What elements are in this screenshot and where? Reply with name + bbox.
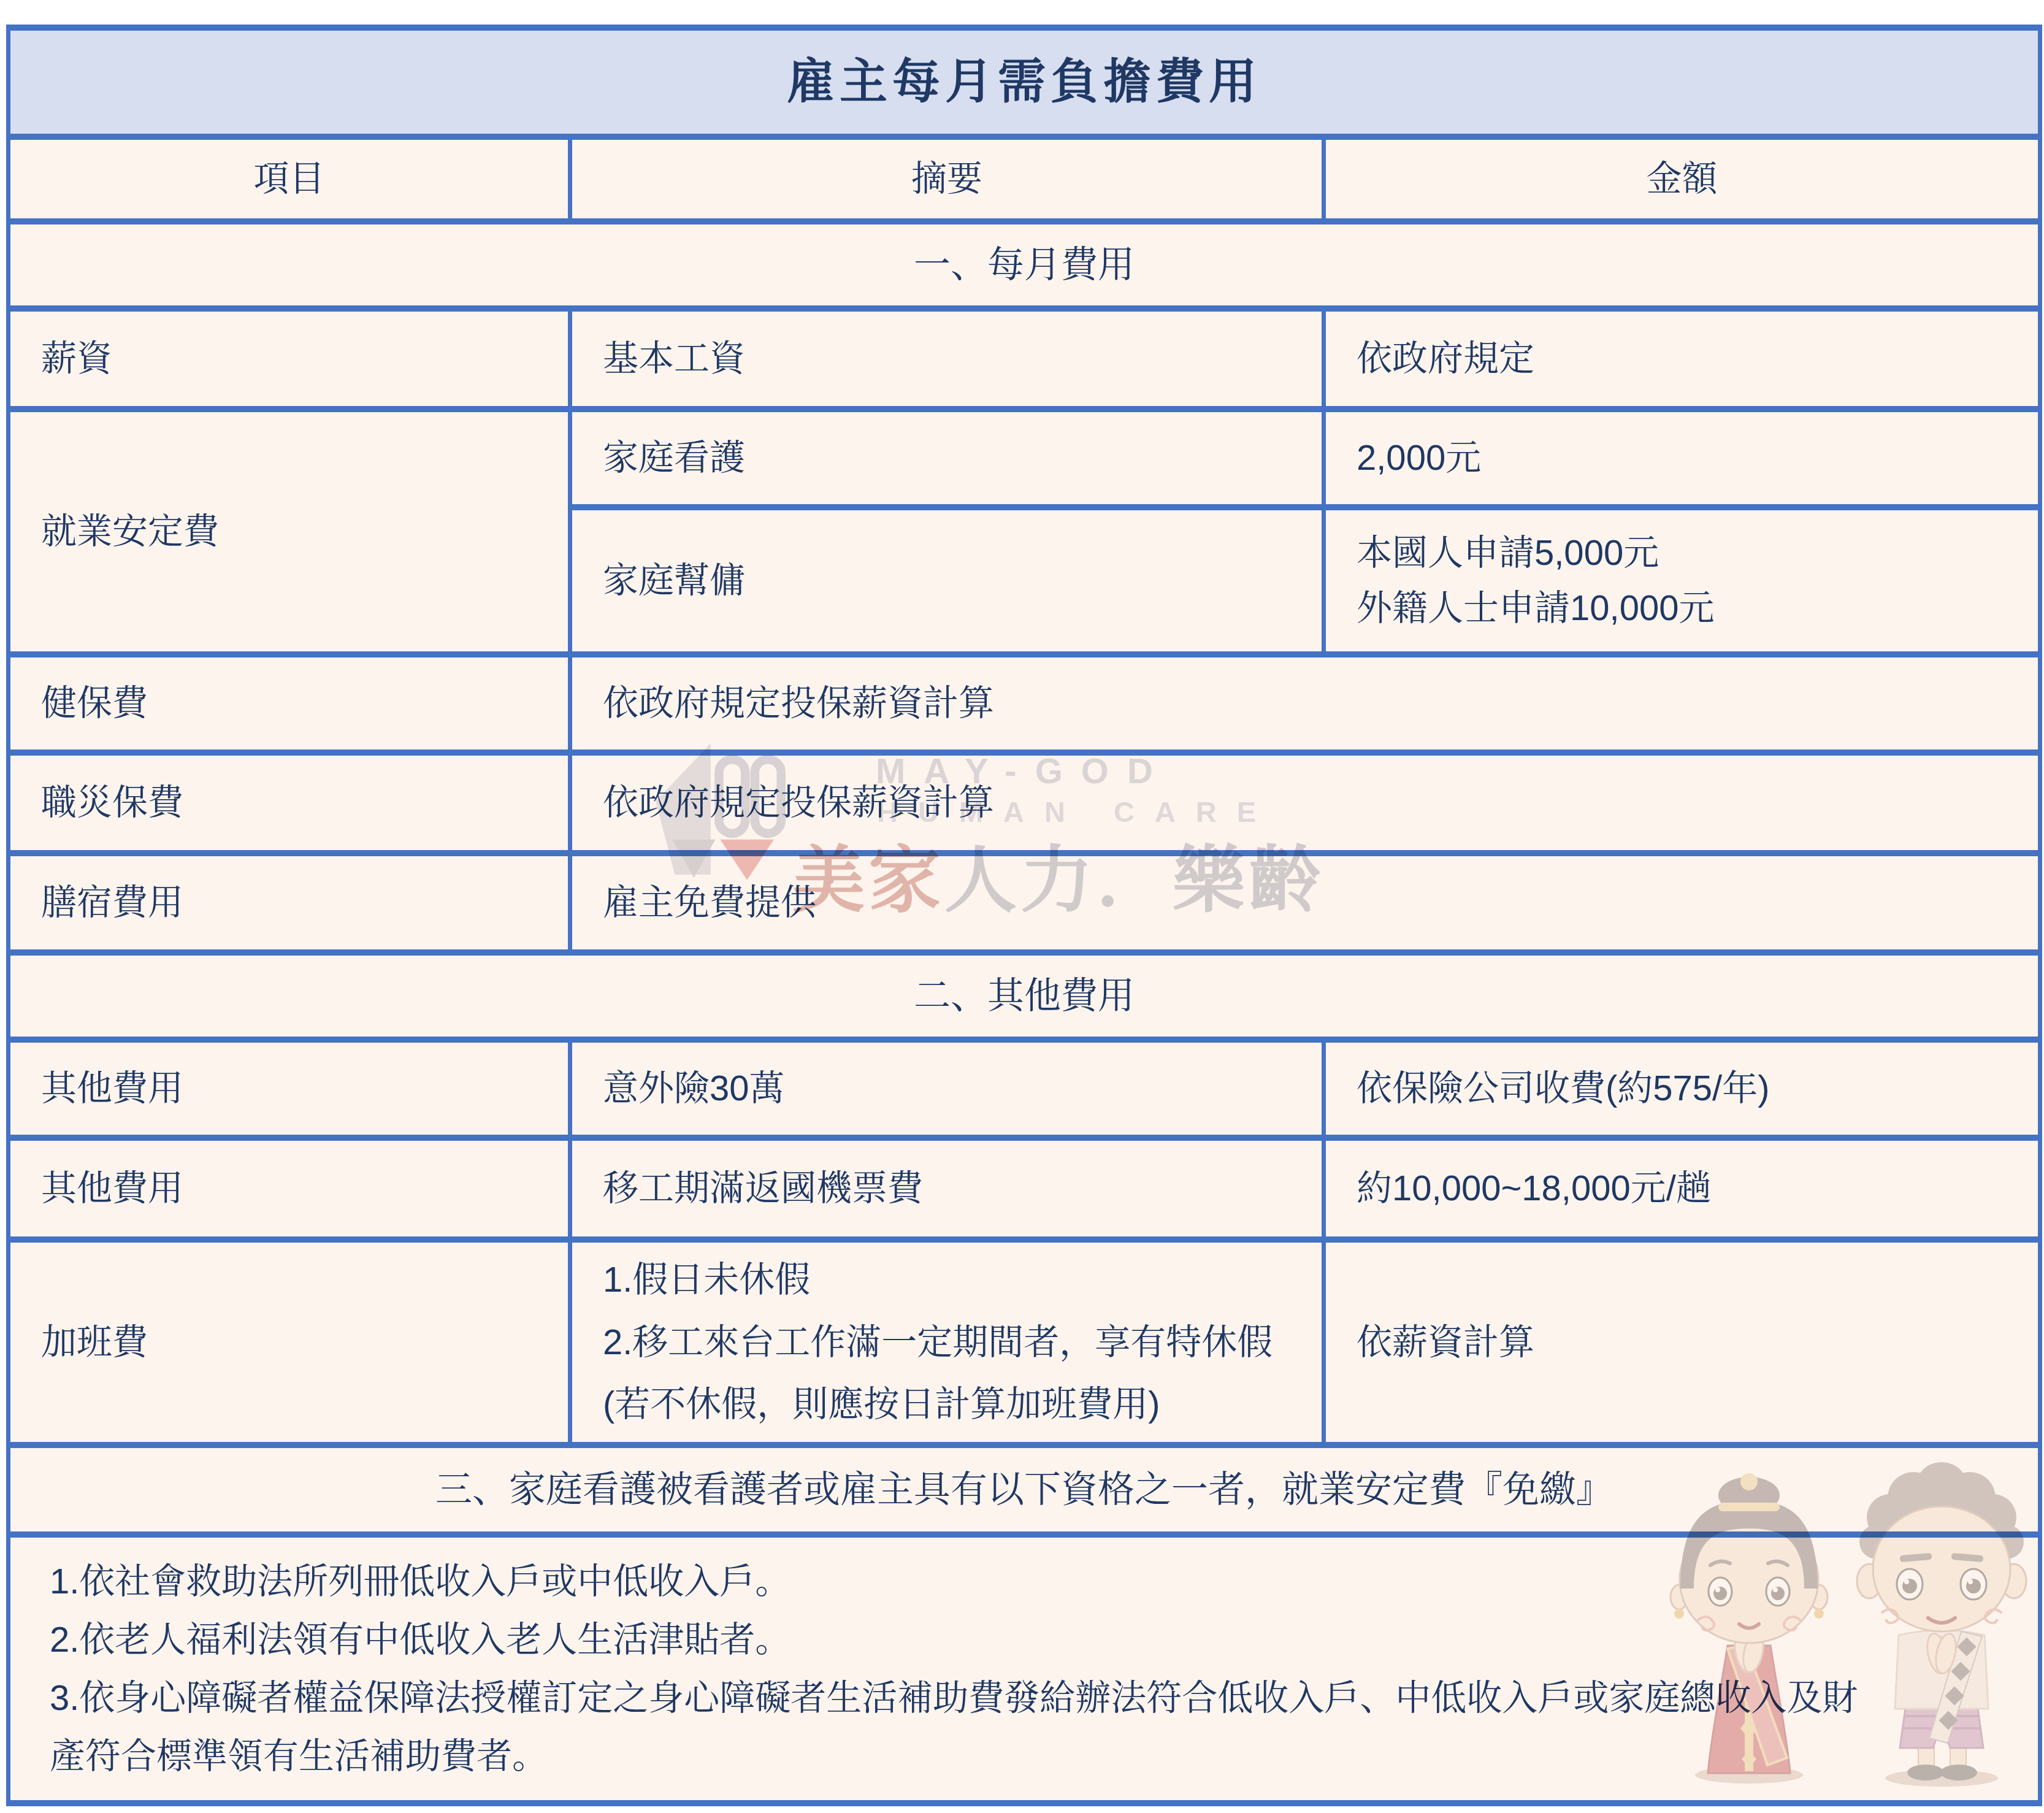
cell-board-item: 膳宿費用 xyxy=(9,853,570,952)
cell-overtime-item: 加班費 xyxy=(9,1240,570,1445)
cell-helper-summary: 家庭幫傭 xyxy=(570,507,1324,654)
cell-board-summary: 雇主免費提供 xyxy=(570,853,2040,952)
exemption-note-3: 3.依身心障礙者權益保障法授權訂定之身心障礙者生活補助費發給辦法符合低收入戶、中… xyxy=(50,1669,1872,1785)
helper-amount-line-2: 外籍人士申請10,000元 xyxy=(1357,581,2019,636)
page-title: 雇主每月需負擔費用 xyxy=(9,28,2040,137)
section-row-other: 二、其他費用 xyxy=(9,952,2040,1040)
cell-care-summary: 家庭看護 xyxy=(570,409,1324,507)
table-row-stability-care: 就業安定費 家庭看護 2,000元 xyxy=(9,409,2040,507)
helper-amount-line-1: 本國人申請5,000元 xyxy=(1357,526,2019,581)
table-row-occupational-insurance: 職災保費 依政府規定投保薪資計算 xyxy=(9,753,2040,853)
cell-helper-amount: 本國人申請5,000元 外籍人士申請10,000元 xyxy=(1324,507,2040,654)
cell-salary-amount: 依政府規定 xyxy=(1324,309,2040,409)
column-header-summary: 摘要 xyxy=(570,137,1324,221)
section-row-monthly: 一、每月費用 xyxy=(9,221,2040,309)
overtime-summary-line-1: 1.假日未休假 xyxy=(603,1249,1303,1311)
cell-salary-item: 薪資 xyxy=(9,309,570,409)
exemption-note-2: 2.依老人福利法領有中低收入老人生活津貼者。 xyxy=(50,1611,1872,1669)
cell-salary-summary: 基本工資 xyxy=(570,309,1324,409)
cell-exemption-notes: 1.依社會救助法所列冊低收入戶或中低收入戶。 2.依老人福利法領有中低收入老人生… xyxy=(9,1535,2040,1803)
cell-ticket-amount: 約10,000~18,000元/趟 xyxy=(1324,1138,2040,1240)
table-row-return-ticket: 其他費用 移工期滿返國機票費 約10,000~18,000元/趟 xyxy=(9,1138,2040,1240)
table-row-health-insurance: 健保費 依政府規定投保薪資計算 xyxy=(9,654,2040,753)
section-title-monthly: 一、每月費用 xyxy=(9,221,2040,309)
table-row-exemption-notes: 1.依社會救助法所列冊低收入戶或中低收入戶。 2.依老人福利法領有中低收入老人生… xyxy=(9,1535,2040,1803)
cell-accident-summary: 意外險30萬 xyxy=(570,1040,1324,1138)
cell-health-item: 健保費 xyxy=(9,654,570,753)
cell-occupational-item: 職災保費 xyxy=(9,753,570,853)
employer-monthly-cost-table: 雇主每月需負擔費用 項目 摘要 金額 一、每月費用 薪資 基本工資 依政府規定 … xyxy=(6,25,2042,1806)
column-header-amount: 金額 xyxy=(1324,137,2040,221)
overtime-summary-line-2: 2.移工來台工作滿一定期間者，享有特休假(若不休假，則應按日計算加班費用) xyxy=(603,1311,1303,1436)
table-header-row: 項目 摘要 金額 xyxy=(9,137,2040,221)
cell-accident-amount: 依保險公司收費(約575/年) xyxy=(1324,1040,2040,1138)
cell-overtime-summary: 1.假日未休假 2.移工來台工作滿一定期間者，享有特休假(若不休假，則應按日計算… xyxy=(570,1240,1324,1445)
cell-health-summary: 依政府規定投保薪資計算 xyxy=(570,654,2040,753)
cell-ticket-item: 其他費用 xyxy=(9,1138,570,1240)
table-row-salary: 薪資 基本工資 依政府規定 xyxy=(9,309,2040,409)
table-title-row: 雇主每月需負擔費用 xyxy=(9,28,2040,137)
table-row-accident-insurance: 其他費用 意外險30萬 依保險公司收費(約575/年) xyxy=(9,1040,2040,1138)
cell-stability-fee-item: 就業安定費 xyxy=(9,409,570,654)
column-header-item: 項目 xyxy=(9,137,570,221)
cell-ticket-summary: 移工期滿返國機票費 xyxy=(570,1138,1324,1240)
cell-occupational-summary: 依政府規定投保薪資計算 xyxy=(570,753,2040,853)
section-title-exemption: 三、家庭看護被看護者或雇主具有以下資格之一者，就業安定費『免繳』 xyxy=(9,1445,2040,1535)
cell-care-amount: 2,000元 xyxy=(1324,409,2040,507)
table-row-overtime: 加班費 1.假日未休假 2.移工來台工作滿一定期間者，享有特休假(若不休假，則應… xyxy=(9,1240,2040,1445)
exemption-note-1: 1.依社會救助法所列冊低收入戶或中低收入戶。 xyxy=(50,1552,1872,1611)
section-title-other: 二、其他費用 xyxy=(9,952,2040,1040)
cell-overtime-amount: 依薪資計算 xyxy=(1324,1240,2040,1445)
section-row-exemption: 三、家庭看護被看護者或雇主具有以下資格之一者，就業安定費『免繳』 xyxy=(9,1445,2040,1535)
cell-accident-item: 其他費用 xyxy=(9,1040,570,1138)
table-row-board-lodging: 膳宿費用 雇主免費提供 xyxy=(9,853,2040,952)
